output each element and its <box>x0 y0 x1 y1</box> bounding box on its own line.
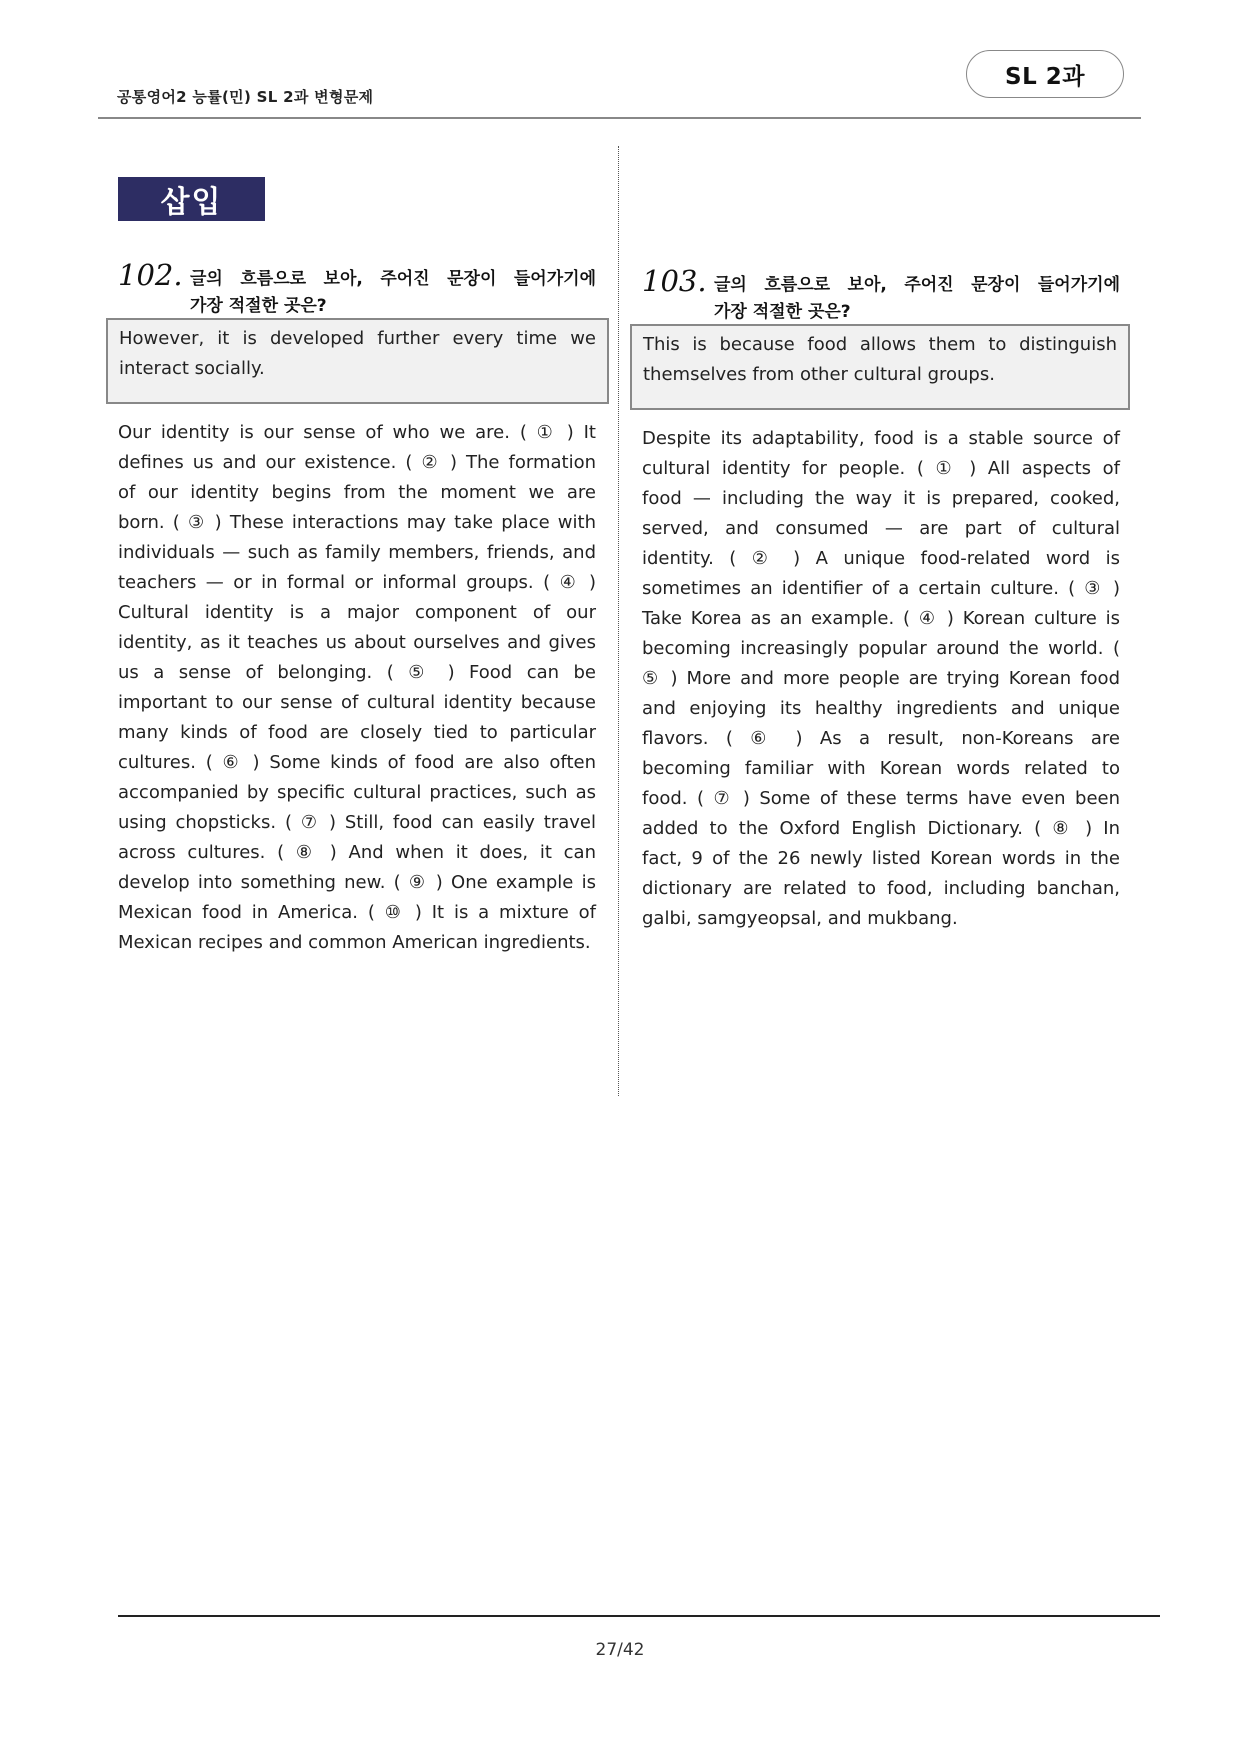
passage-line: Cultural identity is a major component o… <box>118 598 596 628</box>
given-sentence-line: interact socially. <box>119 354 596 384</box>
passage-line: defines us and our existence. ( ② ) The … <box>118 448 596 478</box>
passage-text: Our identity is our sense of who we are.… <box>118 418 596 958</box>
passage-line: Mexican recipes and common American ingr… <box>118 928 596 958</box>
passage-line: sometimes an identifier of a certain cul… <box>642 574 1120 604</box>
passage-line: food — including the way it is prepared,… <box>642 484 1120 514</box>
given-sentence-box: However, it is developed further every t… <box>106 318 609 404</box>
footer-divider <box>118 1615 1160 1617</box>
passage-line: Despite its adaptability, food is a stab… <box>642 424 1120 454</box>
passage-line: galbi, samgyeopsal, and mukbang. <box>642 904 1120 934</box>
question-number: 102. <box>118 258 183 292</box>
passage-line: born. ( ③ ) These interactions may take … <box>118 508 596 538</box>
passage-line: of our identity begins from the moment w… <box>118 478 596 508</box>
passage-line: dictionary are related to food, includin… <box>642 874 1120 904</box>
question-prompt-line: 가장 적절한 곳은? <box>714 299 1120 326</box>
question-102: 102. 글의 흐름으로 보아, 주어진 문장이 들어가기에 가장 적절한 곳은… <box>118 262 598 314</box>
passage-line: us a sense of belonging. ( ⑤ ) Food can … <box>118 658 596 688</box>
passage-line: added to the Oxford English Dictionary. … <box>642 814 1120 844</box>
passage-line: teachers — or in formal or informal grou… <box>118 568 596 598</box>
question-prompt: 글의 흐름으로 보아, 주어진 문장이 들어가기에 가장 적절한 곳은? <box>714 272 1120 326</box>
passage-text: Despite its adaptability, food is a stab… <box>642 424 1120 934</box>
question-103: 103. 글의 흐름으로 보아, 주어진 문장이 들어가기에 가장 적절한 곳은… <box>642 268 1122 320</box>
column-divider <box>618 146 619 1096</box>
passage-line: develop into something new. ( ⑨ ) One ex… <box>118 868 596 898</box>
question-number: 103. <box>642 264 707 298</box>
given-sentence-line: However, it is developed further every t… <box>119 324 596 354</box>
passage-line: using chopsticks. ( ⑦ ) Still, food can … <box>118 808 596 838</box>
document-header-title: 공통영어2 능률(민) SL 2과 변형문제 <box>117 86 373 107</box>
passage-line: accompanied by specific cultural practic… <box>118 778 596 808</box>
page-number: 27/42 <box>0 1640 1240 1660</box>
header-divider <box>98 117 1141 119</box>
passage-line: across cultures. ( ⑧ ) And when it does,… <box>118 838 596 868</box>
passage-line: food. ( ⑦ ) Some of these terms have eve… <box>642 784 1120 814</box>
passage-line: flavors. ( ⑥ ) As a result, non-Koreans … <box>642 724 1120 754</box>
question-prompt: 글의 흐름으로 보아, 주어진 문장이 들어가기에 가장 적절한 곳은? <box>190 266 596 320</box>
passage-line: fact, 9 of the 26 newly listed Korean wo… <box>642 844 1120 874</box>
passage-line: becoming increasingly popular around the… <box>642 634 1120 664</box>
question-prompt-line: 글의 흐름으로 보아, 주어진 문장이 들어가기에 <box>190 266 596 293</box>
passage-line: Take Korea as an example. ( ④ ) Korean c… <box>642 604 1120 634</box>
passage-line: important to our sense of cultural ident… <box>118 688 596 718</box>
passage-line: cultural identity for people. ( ① ) All … <box>642 454 1120 484</box>
passage-line: identity, as it teaches us about ourselv… <box>118 628 596 658</box>
question-prompt-line: 가장 적절한 곳은? <box>190 293 596 320</box>
passage-line: Our identity is our sense of who we are.… <box>118 418 596 448</box>
passage-line: individuals — such as family members, fr… <box>118 538 596 568</box>
passage-line: served, and consumed — are part of cultu… <box>642 514 1120 544</box>
lesson-badge: SL 2과 <box>966 50 1124 98</box>
given-sentence-line: themselves from other cultural groups. <box>643 360 1117 390</box>
given-sentence-line: This is because food allows them to dist… <box>643 330 1117 360</box>
given-sentence-box: This is because food allows them to dist… <box>630 324 1130 410</box>
passage-line: identity. ( ② ) A unique food-related wo… <box>642 544 1120 574</box>
question-header: 103. 글의 흐름으로 보아, 주어진 문장이 들어가기에 가장 적절한 곳은… <box>642 268 1122 320</box>
passage-line: and enjoying its healthy ingredients and… <box>642 694 1120 724</box>
passage-line: cultures. ( ⑥ ) Some kinds of food are a… <box>118 748 596 778</box>
question-header: 102. 글의 흐름으로 보아, 주어진 문장이 들어가기에 가장 적절한 곳은… <box>118 262 598 314</box>
section-tag-insertion: 삽입 <box>118 177 265 221</box>
passage-line: ⑤ ) More and more people are trying Kore… <box>642 664 1120 694</box>
passage-line: becoming familiar with Korean words rela… <box>642 754 1120 784</box>
question-prompt-line: 글의 흐름으로 보아, 주어진 문장이 들어가기에 <box>714 272 1120 299</box>
passage-line: Mexican food in America. ( ⑩ ) It is a m… <box>118 898 596 928</box>
passage-line: many kinds of food are closely tied to p… <box>118 718 596 748</box>
